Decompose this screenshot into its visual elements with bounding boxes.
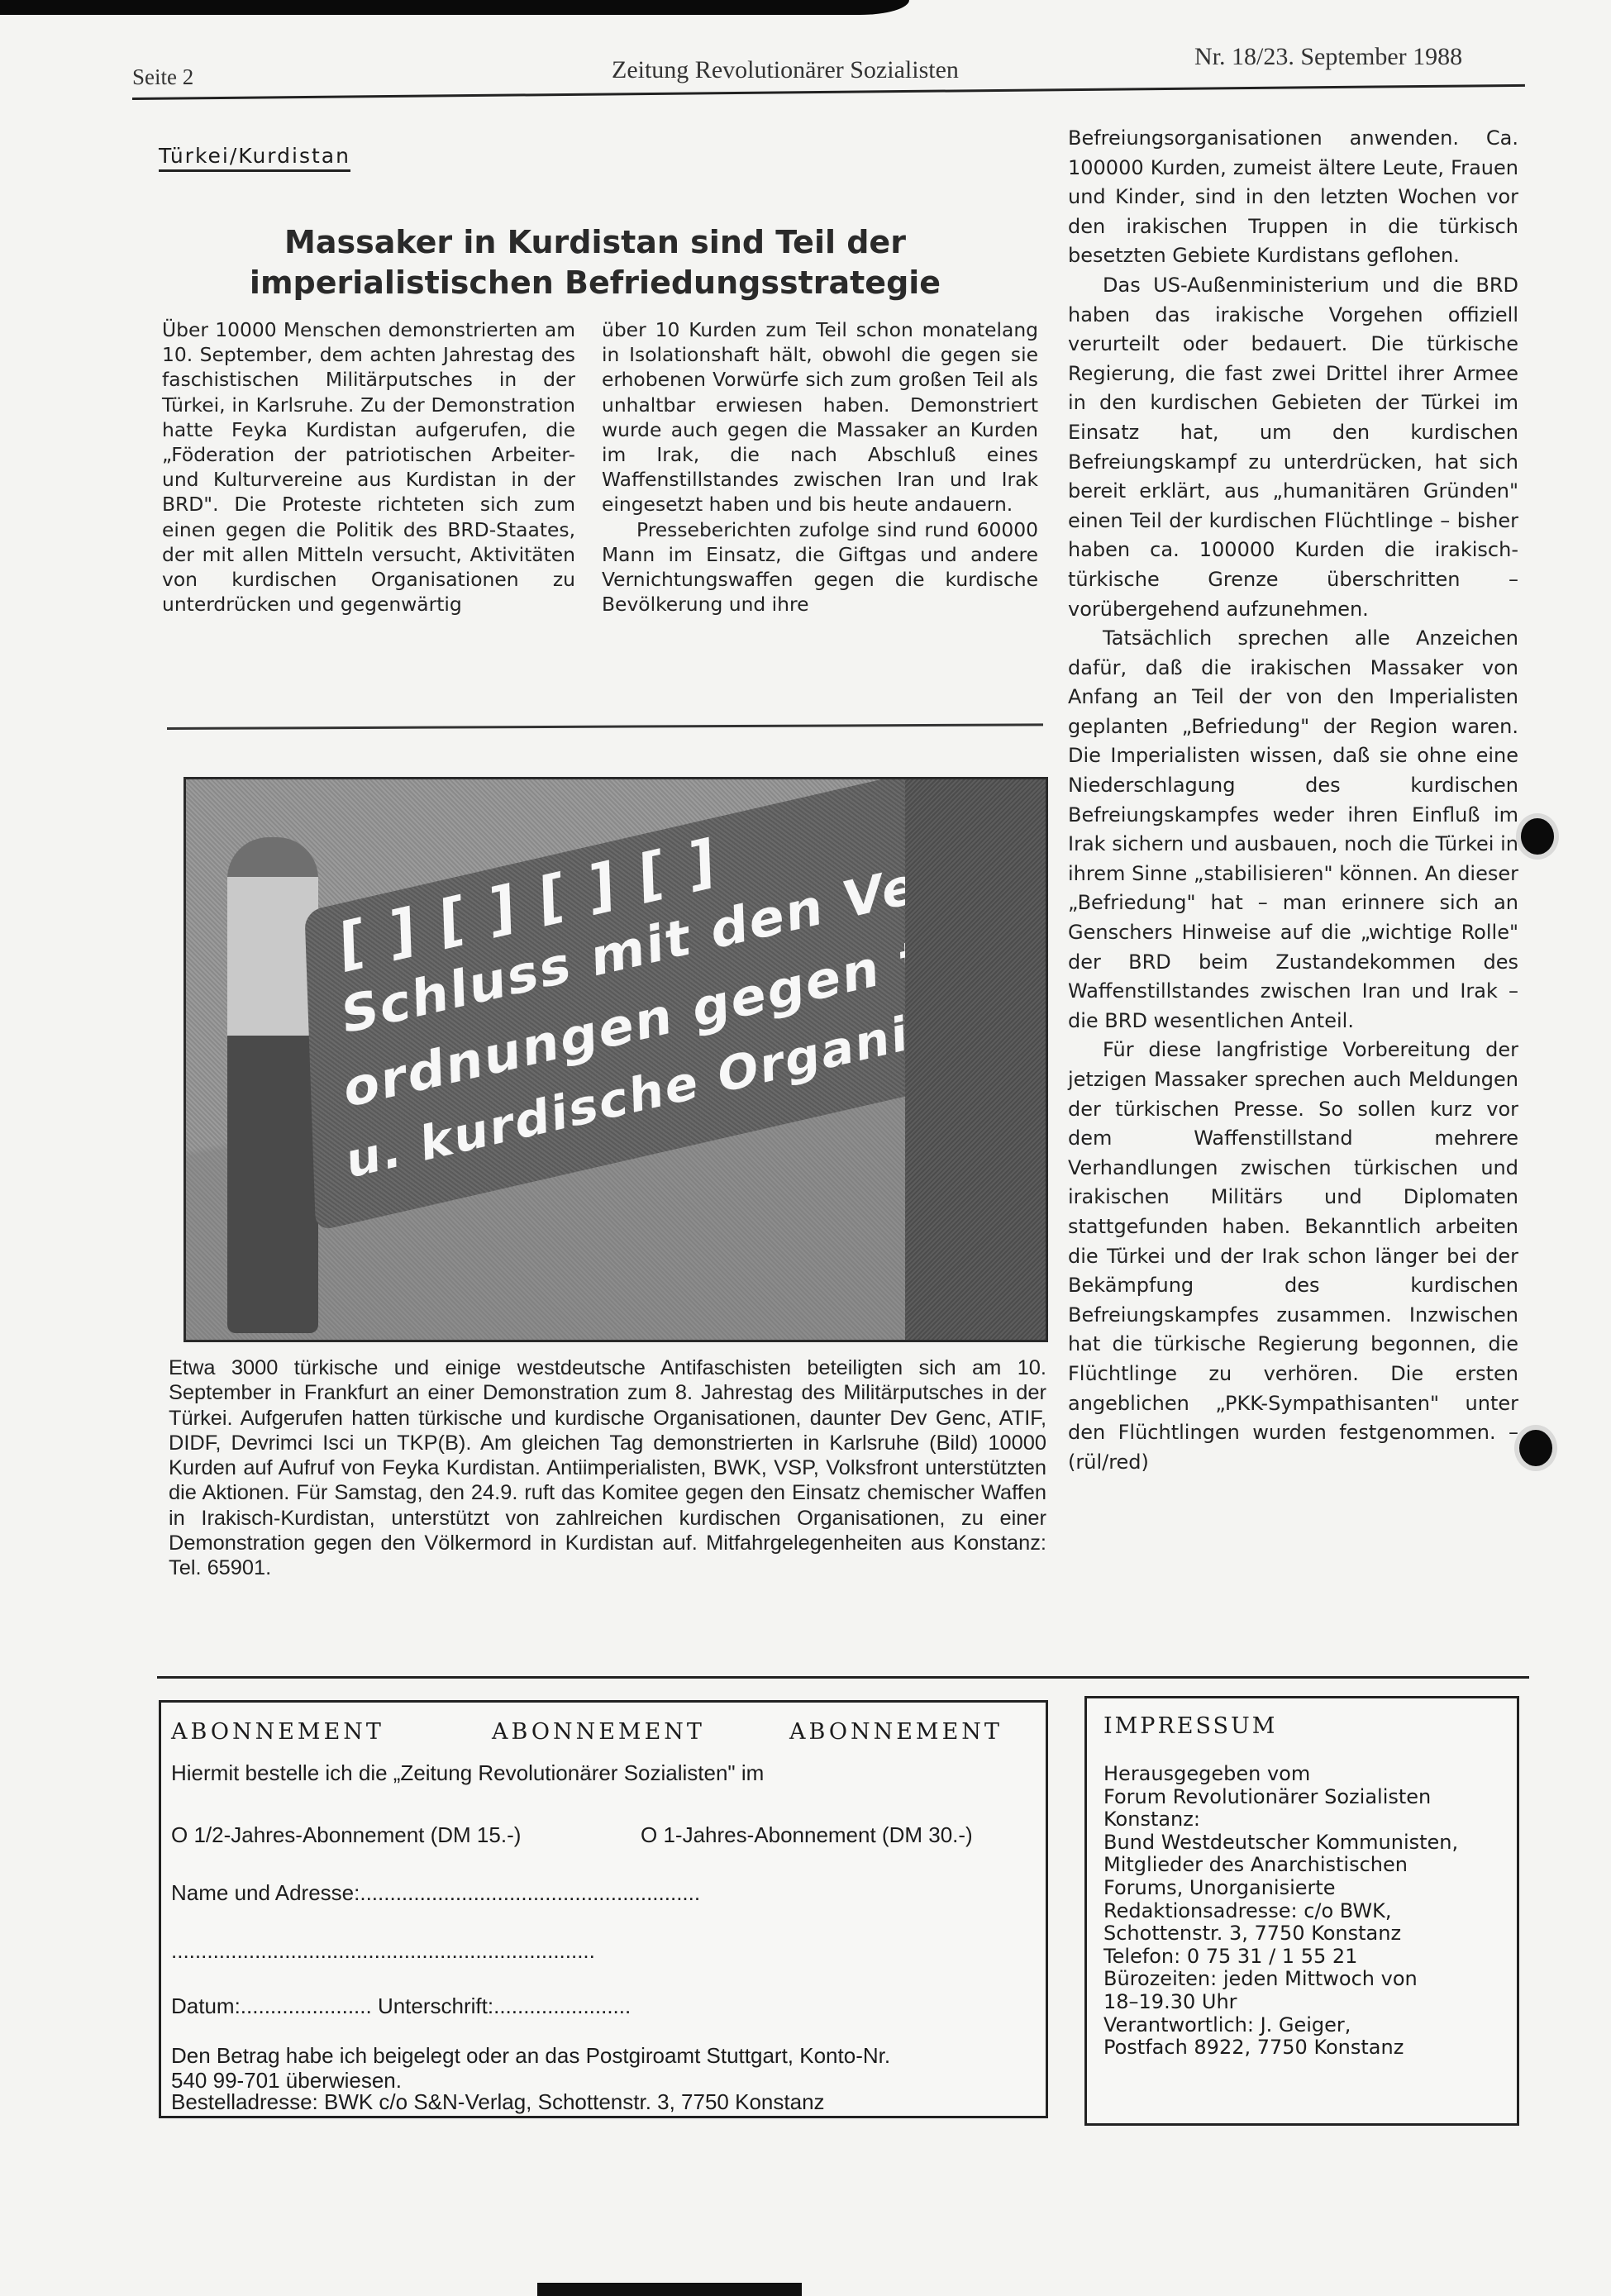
issue-date: Nr. 18/23. September 1988 [1194,43,1462,71]
paragraph: Presseberichten zufolge sind rund 60000 … [602,517,1038,617]
date-signature-field[interactable]: Datum:...................... Unterschrif… [171,1994,631,2019]
masthead: Zeitung Revolutionärer Sozialisten [612,56,959,84]
subscription-heading: ABONNEMENT [171,1719,384,1745]
article-headline: Massaker in Kurdistan sind Teil der impe… [207,222,984,303]
column-divider-rule [167,723,1043,730]
headline-line-1: Massaker in Kurdistan sind Teil der [284,224,906,260]
header-rule [132,84,1525,100]
photo-caption: Etwa 3000 türkische und einige westdeuts… [169,1355,1046,1581]
address-continuation-field[interactable]: ........................................… [171,1938,595,1964]
impressum-line: Konstanz: [1103,1808,1458,1832]
option-half-year-checkbox[interactable]: O 1/2-Jahres-Abonnement (DM 15.-) [171,1822,521,1848]
section-divider-rule [157,1676,1529,1679]
impressum-line: Bürozeiten: jeden Mittwoch von [1103,1968,1458,1991]
paragraph: über 10 Kurden zum Teil schon monatelang… [602,317,1038,517]
impressum-line: Herausgegeben vom [1103,1763,1458,1786]
paragraph: Das US-Außenministerium und die BRD habe… [1068,271,1518,624]
payment-text: Den Betrag habe ich beigelegt oder an da… [171,2043,890,2069]
impressum-line: Verantwortlich: J. Geiger, [1103,2014,1458,2037]
paragraph: Tatsächlich sprechen alle Anzeichen dafü… [1068,624,1518,1036]
scan-edge-artifact [537,2283,802,2296]
demonstration-photo: [ ] [ ] [ ] [ ] Schluss mit den Verbots … [184,777,1048,1342]
scan-edge-shadow [0,0,909,15]
headline-line-2: imperialistischen Befriedungsstrategie [250,264,941,301]
impressum-line: 18–19.30 Uhr [1103,1991,1458,2014]
subscription-heading: ABONNEMENT [789,1719,1003,1745]
impressum-box: IMPRESSUM Herausgegeben vom Forum Revolu… [1084,1696,1519,2126]
punch-hole-icon [1519,1430,1552,1466]
caption-text: Etwa 3000 türkische und einige westdeuts… [169,1355,1046,1581]
impressum-line: Telefon: 0 75 31 / 1 55 21 [1103,1946,1458,1969]
impressum-line: Bund Westdeutscher Kommunisten, [1103,1832,1458,1855]
paragraph: Befreiungsorganisationen anwenden. Ca. 1… [1068,124,1518,271]
lamp-post [905,779,1046,1340]
impressum-line: Mitglieder des Anarchistischen [1103,1854,1458,1877]
punch-hole-icon [1521,818,1554,855]
impressum-line: Forum Revolutionärer Sozialisten [1103,1786,1458,1809]
option-full-year-checkbox[interactable]: O 1-Jahres-Abonnement (DM 30.-) [641,1822,973,1848]
subscription-intro: Hiermit bestelle ich die „Zeitung Revolu… [171,1760,764,1786]
impressum-line: Redaktionsadresse: c/o BWK, [1103,1900,1458,1923]
article-column-1: Über 10000 Menschen demonstrierten am 10… [162,317,575,617]
page-number: Seite 2 [132,64,193,90]
paragraph: Für diese langfristige Vorbereitung der … [1068,1036,1518,1477]
name-address-field[interactable]: Name und Adresse:.......................… [171,1880,700,1906]
impressum-text: Herausgegeben vom Forum Revolutionärer S… [1103,1763,1458,2060]
article-column-2: über 10 Kurden zum Teil schon monatelang… [602,317,1038,617]
impressum-line: Forums, Unorganisierte [1103,1877,1458,1900]
order-address: Bestelladresse: BWK c/o S&N-Verlag, Scho… [171,2089,825,2115]
demonstrator-figure [227,837,318,1333]
article-column-3: Befreiungsorganisationen anwenden. Ca. 1… [1068,124,1518,1477]
impressum-line: Schottenstr. 3, 7750 Konstanz [1103,1922,1458,1946]
paragraph: Über 10000 Menschen demonstrierten am 10… [162,317,575,617]
impressum-line: Postfach 8922, 7750 Konstanz [1103,2036,1458,2060]
section-label: Türkei/Kurdistan [159,144,350,172]
impressum-title: IMPRESSUM [1103,1713,1277,1739]
subscription-heading: ABONNEMENT [492,1719,705,1745]
subscription-form: ABONNEMENT ABONNEMENT ABONNEMENT Hiermit… [159,1700,1048,2118]
